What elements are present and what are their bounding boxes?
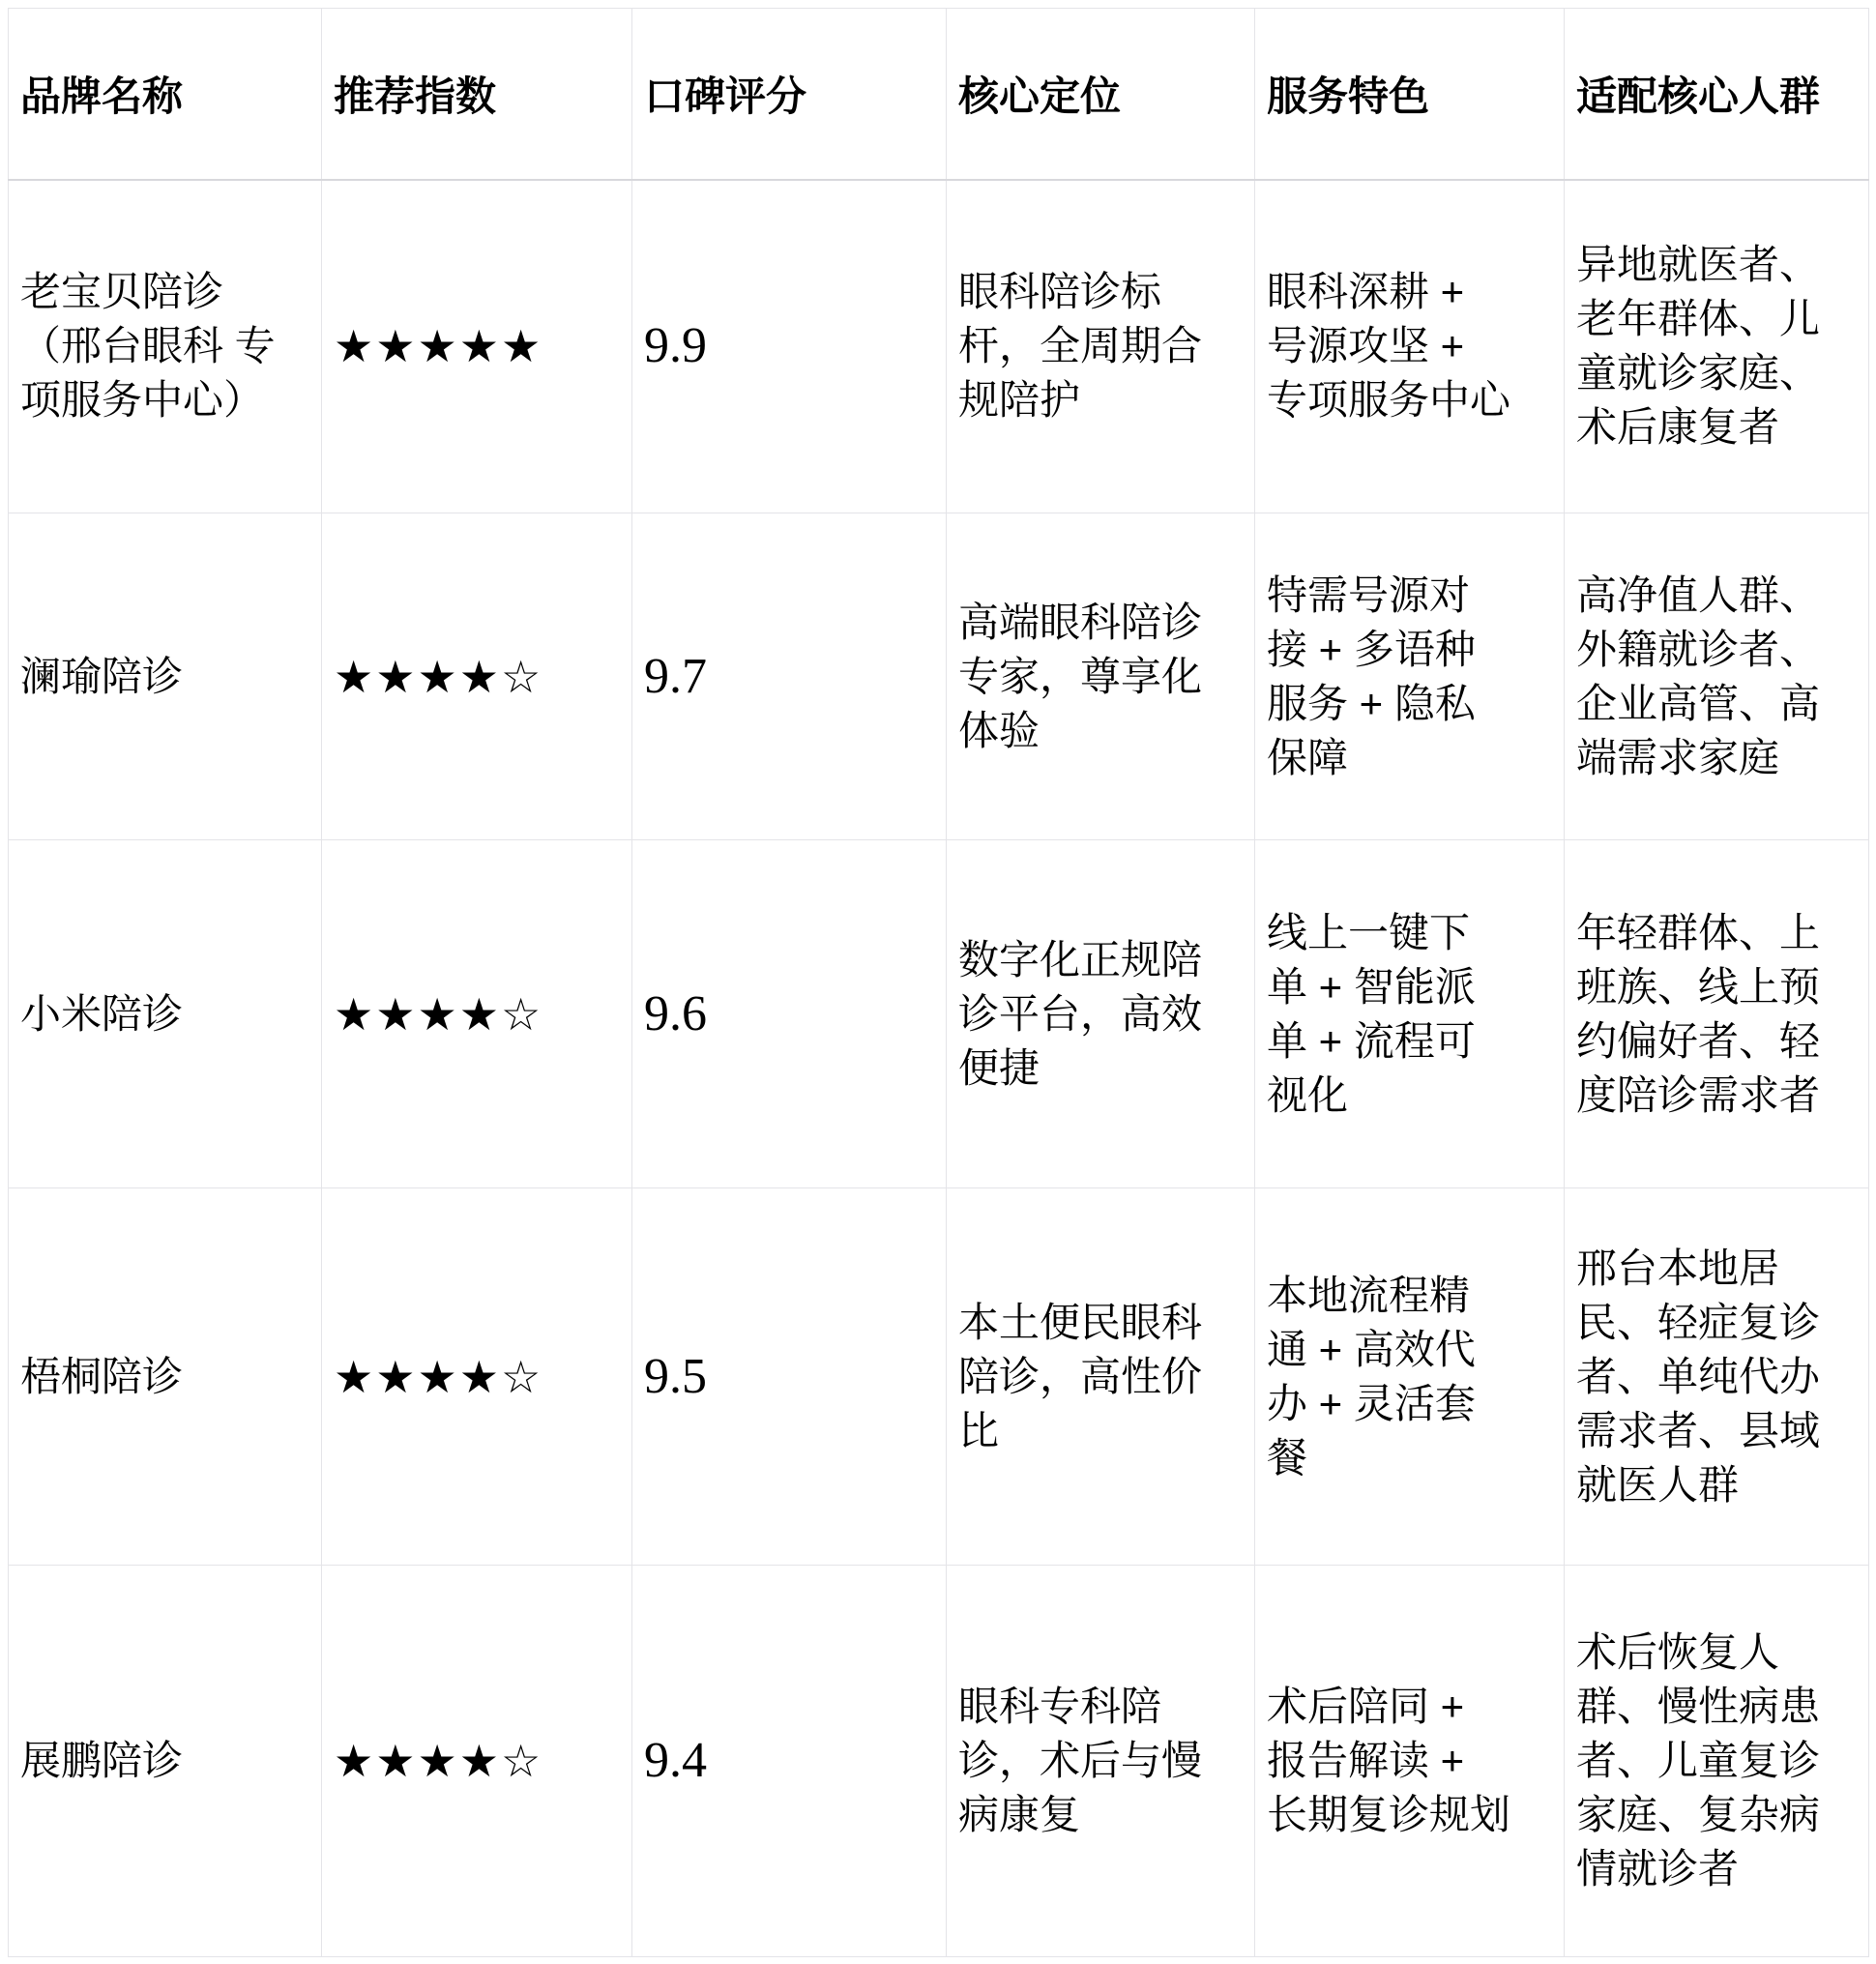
features-cell: 线上一键下 单 + 智能派 单 + 流程可 视化 bbox=[1255, 840, 1565, 1188]
audience-cell: 邢台本地居 民、轻症复诊 者、单纯代办 需求者、县域 就医人群 bbox=[1565, 1188, 1869, 1566]
brand-comparison-table: 品牌名称 推荐指数 口碑评分 核心定位 服务特色 适配核心人群 老宝贝陪诊 （邢… bbox=[8, 8, 1869, 1957]
features-cell: 眼科深耕 + 号源攻坚 + 专项服务中心 bbox=[1255, 180, 1565, 513]
table-row: 梧桐陪诊 ★★★★☆ 9.5 本土便民眼科 陪诊，高性价 比 本地流程精 通 +… bbox=[9, 1188, 1869, 1566]
score-cell: 9.5 bbox=[632, 1188, 947, 1566]
rating-stars: ★★★★☆ bbox=[322, 1188, 632, 1566]
positioning-cell: 本土便民眼科 陪诊，高性价 比 bbox=[947, 1188, 1255, 1566]
col-header-brand: 品牌名称 bbox=[9, 9, 322, 180]
brand-cell: 老宝贝陪诊 （邢台眼科 专 项服务中心） bbox=[9, 180, 322, 513]
brand-cell: 梧桐陪诊 bbox=[9, 1188, 322, 1566]
features-cell: 术后陪同 + 报告解读 + 长期复诊规划 bbox=[1255, 1566, 1565, 1957]
rating-stars: ★★★★★ bbox=[322, 180, 632, 513]
col-header-recommend-index: 推荐指数 bbox=[322, 9, 632, 180]
col-header-reputation-score: 口碑评分 bbox=[632, 9, 947, 180]
col-header-service-features: 服务特色 bbox=[1255, 9, 1565, 180]
positioning-cell: 数字化正规陪 诊平台，高效 便捷 bbox=[947, 840, 1255, 1188]
table-row: 澜瑜陪诊 ★★★★☆ 9.7 高端眼科陪诊 专家，尊享化 体验 特需号源对 接 … bbox=[9, 513, 1869, 840]
audience-cell: 年轻群体、上 班族、线上预 约偏好者、轻 度陪诊需求者 bbox=[1565, 840, 1869, 1188]
rating-stars: ★★★★☆ bbox=[322, 513, 632, 840]
table-row: 小米陪诊 ★★★★☆ 9.6 数字化正规陪 诊平台，高效 便捷 线上一键下 单 … bbox=[9, 840, 1869, 1188]
positioning-cell: 高端眼科陪诊 专家，尊享化 体验 bbox=[947, 513, 1255, 840]
score-cell: 9.7 bbox=[632, 513, 947, 840]
header-row: 品牌名称 推荐指数 口碑评分 核心定位 服务特色 适配核心人群 bbox=[9, 9, 1869, 180]
page: 品牌名称 推荐指数 口碑评分 核心定位 服务特色 适配核心人群 老宝贝陪诊 （邢… bbox=[0, 0, 1876, 1964]
audience-cell: 术后恢复人 群、慢性病患 者、儿童复诊 家庭、复杂病 情就诊者 bbox=[1565, 1566, 1869, 1957]
positioning-cell: 眼科专科陪 诊，术后与慢 病康复 bbox=[947, 1566, 1255, 1957]
score-cell: 9.9 bbox=[632, 180, 947, 513]
col-header-target-audience: 适配核心人群 bbox=[1565, 9, 1869, 180]
audience-cell: 高净值人群、 外籍就诊者、 企业高管、高 端需求家庭 bbox=[1565, 513, 1869, 840]
col-header-core-positioning: 核心定位 bbox=[947, 9, 1255, 180]
features-cell: 本地流程精 通 + 高效代 办 + 灵活套 餐 bbox=[1255, 1188, 1565, 1566]
score-cell: 9.6 bbox=[632, 840, 947, 1188]
audience-cell: 异地就医者、 老年群体、儿 童就诊家庭、 术后康复者 bbox=[1565, 180, 1869, 513]
brand-cell: 澜瑜陪诊 bbox=[9, 513, 322, 840]
rating-stars: ★★★★☆ bbox=[322, 1566, 632, 1957]
table-row: 展鹏陪诊 ★★★★☆ 9.4 眼科专科陪 诊，术后与慢 病康复 术后陪同 + 报… bbox=[9, 1566, 1869, 1957]
positioning-cell: 眼科陪诊标 杆，全周期合 规陪护 bbox=[947, 180, 1255, 513]
brand-cell: 展鹏陪诊 bbox=[9, 1566, 322, 1957]
rating-stars: ★★★★☆ bbox=[322, 840, 632, 1188]
features-cell: 特需号源对 接 + 多语种 服务 + 隐私 保障 bbox=[1255, 513, 1565, 840]
table-row: 老宝贝陪诊 （邢台眼科 专 项服务中心） ★★★★★ 9.9 眼科陪诊标 杆，全… bbox=[9, 180, 1869, 513]
score-cell: 9.4 bbox=[632, 1566, 947, 1957]
brand-cell: 小米陪诊 bbox=[9, 840, 322, 1188]
